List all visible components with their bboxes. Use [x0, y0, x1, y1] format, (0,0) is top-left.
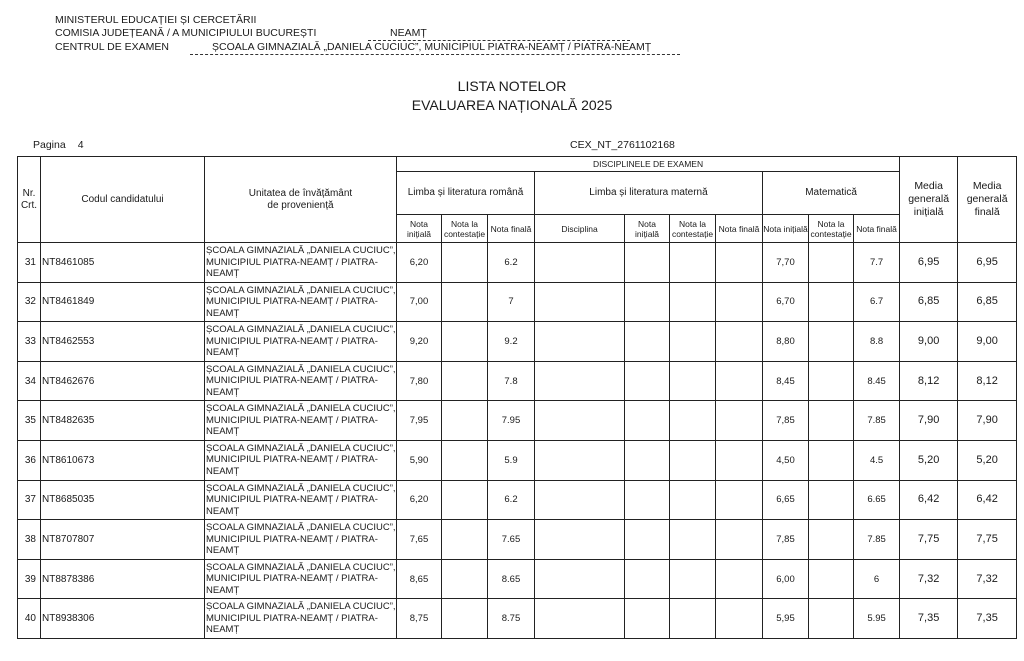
cell-final-average: 6,95	[958, 243, 1017, 283]
cell-row-number: 37	[18, 480, 41, 520]
cell-final-average: 6,85	[958, 282, 1017, 322]
cell-math-initial: 7,85	[763, 401, 809, 441]
table-row: 36NT8610673ȘCOALA GIMNAZIALĂ „DANIELA CU…	[18, 440, 1017, 480]
cell-math-final: 7.85	[854, 401, 900, 441]
cell-candidate-code: NT8685035	[41, 480, 205, 520]
table-row: 39NT8878386ȘCOALA GIMNAZIALĂ „DANIELA CU…	[18, 559, 1017, 599]
header-candidate-code: Codul candidatului	[41, 157, 205, 243]
cell-ro-appeal	[442, 480, 488, 520]
header-mother-tongue: Limba și literatura maternă	[535, 172, 763, 215]
cell-ro-final: 5.9	[488, 440, 535, 480]
cell-mt-discipline	[535, 361, 625, 401]
header-romanian: Limba și literatura română	[397, 172, 535, 215]
cell-ro-appeal	[442, 322, 488, 362]
cell-ro-appeal	[442, 282, 488, 322]
cell-ro-final: 8.75	[488, 599, 535, 639]
cell-initial-average: 9,00	[900, 322, 958, 362]
cell-mt-final	[716, 520, 763, 560]
cell-ro-initial: 5,90	[397, 440, 442, 480]
cell-math-initial: 7,85	[763, 520, 809, 560]
cell-candidate-code: NT8938306	[41, 599, 205, 639]
cell-math-final: 5.95	[854, 599, 900, 639]
cell-mt-final	[716, 282, 763, 322]
header-math-appeal: Nota la contestație	[809, 215, 854, 243]
cell-ro-appeal	[442, 520, 488, 560]
header-exam-disciplines: DISCIPLINELE DE EXAMEN	[397, 157, 900, 172]
header-school-unit: Unitatea de învățământ de proveniență	[205, 157, 397, 243]
document-title: LISTA NOTELOR	[0, 76, 1024, 96]
header-mt-appeal: Nota la contestație	[670, 215, 716, 243]
cell-row-number: 31	[18, 243, 41, 283]
cell-candidate-code: NT8462553	[41, 322, 205, 362]
cell-ro-final: 6.2	[488, 480, 535, 520]
cell-mt-final	[716, 599, 763, 639]
cell-mt-initial	[625, 322, 670, 362]
cell-final-average: 5,20	[958, 440, 1017, 480]
cell-math-appeal	[809, 440, 854, 480]
table-row: 37NT8685035ȘCOALA GIMNAZIALĂ „DANIELA CU…	[18, 480, 1017, 520]
cell-math-appeal	[809, 480, 854, 520]
cell-math-appeal	[809, 243, 854, 283]
table-body: 31NT8461085ȘCOALA GIMNAZIALĂ „DANIELA CU…	[18, 243, 1017, 639]
page-number: 4	[78, 139, 84, 151]
header-ro-initial: Nota inițială	[397, 215, 442, 243]
cell-mt-appeal	[670, 361, 716, 401]
cell-school-unit: ȘCOALA GIMNAZIALĂ „DANIELA CUCIUC”, MUNI…	[205, 559, 397, 599]
document-code: CEX_NT_2761102168	[570, 139, 675, 151]
cell-row-number: 32	[18, 282, 41, 322]
cell-final-average: 7,32	[958, 559, 1017, 599]
header-math-initial: Nota inițială	[763, 215, 809, 243]
cell-school-unit: ȘCOALA GIMNAZIALĂ „DANIELA CUCIUC”, MUNI…	[205, 401, 397, 441]
cell-math-initial: 6,70	[763, 282, 809, 322]
header-mt-final: Nota finală	[716, 215, 763, 243]
header-school-unit-line2: de proveniență	[205, 200, 396, 212]
cell-mt-appeal	[670, 322, 716, 362]
commission-value: NEAMȚ	[368, 27, 630, 41]
table-row: 32NT8461849ȘCOALA GIMNAZIALĂ „DANIELA CU…	[18, 282, 1017, 322]
table-row: 35NT8482635ȘCOALA GIMNAZIALĂ „DANIELA CU…	[18, 401, 1017, 441]
cell-mt-initial	[625, 520, 670, 560]
table-row: 33NT8462553ȘCOALA GIMNAZIALĂ „DANIELA CU…	[18, 322, 1017, 362]
cell-math-initial: 5,95	[763, 599, 809, 639]
cell-row-number: 40	[18, 599, 41, 639]
cell-mt-final	[716, 480, 763, 520]
cell-mt-discipline	[535, 480, 625, 520]
cell-ro-appeal	[442, 243, 488, 283]
cell-mt-appeal	[670, 599, 716, 639]
cell-candidate-code: NT8707807	[41, 520, 205, 560]
cell-initial-average: 7,75	[900, 520, 958, 560]
cell-initial-average: 7,32	[900, 559, 958, 599]
cell-math-appeal	[809, 322, 854, 362]
cell-math-final: 6	[854, 559, 900, 599]
header-math-final: Nota finală	[854, 215, 900, 243]
cell-math-final: 6.65	[854, 480, 900, 520]
cell-mt-final	[716, 559, 763, 599]
cell-final-average: 6,42	[958, 480, 1017, 520]
cell-final-average: 7,75	[958, 520, 1017, 560]
cell-initial-average: 6,42	[900, 480, 958, 520]
cell-math-appeal	[809, 520, 854, 560]
cell-math-final: 7.85	[854, 520, 900, 560]
header-mt-initial: Nota inițială	[625, 215, 670, 243]
ministry-name: MINISTERUL EDUCAȚIEI ȘI CERCETĂRII	[55, 14, 256, 27]
cell-ro-appeal	[442, 559, 488, 599]
header-initial-average: Media generală inițială	[900, 157, 958, 243]
cell-mt-appeal	[670, 243, 716, 283]
cell-row-number: 38	[18, 520, 41, 560]
cell-ro-initial: 7,95	[397, 401, 442, 441]
cell-math-appeal	[809, 401, 854, 441]
cell-mt-discipline	[535, 520, 625, 560]
cell-math-initial: 4,50	[763, 440, 809, 480]
cell-ro-final: 7.95	[488, 401, 535, 441]
cell-mt-discipline	[535, 599, 625, 639]
cell-mt-appeal	[670, 282, 716, 322]
cell-initial-average: 6,85	[900, 282, 958, 322]
cell-school-unit: ȘCOALA GIMNAZIALĂ „DANIELA CUCIUC”, MUNI…	[205, 440, 397, 480]
document-subtitle: EVALUAREA NAȚIONALĂ 2025	[0, 95, 1024, 115]
cell-row-number: 36	[18, 440, 41, 480]
cell-school-unit: ȘCOALA GIMNAZIALĂ „DANIELA CUCIUC”, MUNI…	[205, 243, 397, 283]
table-row: 31NT8461085ȘCOALA GIMNAZIALĂ „DANIELA CU…	[18, 243, 1017, 283]
cell-mt-final	[716, 243, 763, 283]
commission-label: COMISIA JUDEȚEANĂ / A MUNICIPIULUI BUCUR…	[55, 27, 316, 40]
grades-table: Nr. Crt. Codul candidatului Unitatea de …	[17, 156, 1017, 639]
cell-ro-final: 7.65	[488, 520, 535, 560]
cell-mt-initial	[625, 243, 670, 283]
cell-math-final: 4.5	[854, 440, 900, 480]
cell-mt-discipline	[535, 243, 625, 283]
cell-math-final: 8.45	[854, 361, 900, 401]
cell-candidate-code: NT8482635	[41, 401, 205, 441]
cell-mt-discipline	[535, 282, 625, 322]
cell-school-unit: ȘCOALA GIMNAZIALĂ „DANIELA CUCIUC”, MUNI…	[205, 322, 397, 362]
cell-mt-appeal	[670, 440, 716, 480]
cell-mt-initial	[625, 559, 670, 599]
cell-final-average: 7,35	[958, 599, 1017, 639]
cell-candidate-code: NT8878386	[41, 559, 205, 599]
cell-mt-final	[716, 361, 763, 401]
cell-math-appeal	[809, 559, 854, 599]
cell-row-number: 39	[18, 559, 41, 599]
cell-mt-initial	[625, 440, 670, 480]
page-indicator: Pagina4	[33, 139, 84, 151]
cell-ro-appeal	[442, 599, 488, 639]
cell-ro-initial: 8,65	[397, 559, 442, 599]
cell-ro-initial: 8,75	[397, 599, 442, 639]
cell-final-average: 9,00	[958, 322, 1017, 362]
table-row: 40NT8938306ȘCOALA GIMNAZIALĂ „DANIELA CU…	[18, 599, 1017, 639]
exam-center-label: CENTRUL DE EXAMEN	[55, 41, 169, 54]
page-label: Pagina	[33, 139, 66, 151]
cell-ro-appeal	[442, 361, 488, 401]
cell-math-initial: 6,00	[763, 559, 809, 599]
cell-ro-final: 7.8	[488, 361, 535, 401]
cell-ro-final: 8.65	[488, 559, 535, 599]
header-school-unit-line1: Unitatea de învățământ	[205, 188, 396, 200]
cell-mt-appeal	[670, 401, 716, 441]
cell-school-unit: ȘCOALA GIMNAZIALĂ „DANIELA CUCIUC”, MUNI…	[205, 361, 397, 401]
header-ro-appeal: Nota la contestație	[442, 215, 488, 243]
cell-school-unit: ȘCOALA GIMNAZIALĂ „DANIELA CUCIUC”, MUNI…	[205, 480, 397, 520]
cell-mt-final	[716, 322, 763, 362]
cell-ro-initial: 6,20	[397, 480, 442, 520]
cell-ro-initial: 7,80	[397, 361, 442, 401]
cell-mt-initial	[625, 599, 670, 639]
cell-mt-discipline	[535, 401, 625, 441]
cell-math-final: 8.8	[854, 322, 900, 362]
cell-mt-discipline	[535, 322, 625, 362]
cell-math-initial: 7,70	[763, 243, 809, 283]
cell-ro-initial: 9,20	[397, 322, 442, 362]
cell-row-number: 35	[18, 401, 41, 441]
cell-mt-appeal	[670, 480, 716, 520]
cell-initial-average: 6,95	[900, 243, 958, 283]
cell-mt-discipline	[535, 559, 625, 599]
table-row: 38NT8707807ȘCOALA GIMNAZIALĂ „DANIELA CU…	[18, 520, 1017, 560]
cell-final-average: 8,12	[958, 361, 1017, 401]
cell-ro-initial: 7,65	[397, 520, 442, 560]
cell-math-initial: 8,80	[763, 322, 809, 362]
cell-final-average: 7,90	[958, 401, 1017, 441]
cell-ro-final: 6.2	[488, 243, 535, 283]
cell-math-initial: 8,45	[763, 361, 809, 401]
cell-math-appeal	[809, 361, 854, 401]
cell-school-unit: ȘCOALA GIMNAZIALĂ „DANIELA CUCIUC”, MUNI…	[205, 599, 397, 639]
cell-mt-final	[716, 401, 763, 441]
cell-candidate-code: NT8461085	[41, 243, 205, 283]
cell-mt-initial	[625, 480, 670, 520]
cell-mt-discipline	[535, 440, 625, 480]
cell-math-appeal	[809, 599, 854, 639]
header-math: Matematică	[763, 172, 900, 215]
cell-ro-final: 7	[488, 282, 535, 322]
cell-initial-average: 7,90	[900, 401, 958, 441]
cell-math-final: 6.7	[854, 282, 900, 322]
header-final-average: Media generală finală	[958, 157, 1017, 243]
exam-center-value: ȘCOALA GIMNAZIALĂ „DANIELA CUCIUC”, MUNI…	[190, 41, 680, 55]
cell-ro-initial: 7,00	[397, 282, 442, 322]
header-mt-discipline: Disciplina	[535, 215, 625, 243]
cell-initial-average: 5,20	[900, 440, 958, 480]
cell-math-final: 7.7	[854, 243, 900, 283]
cell-mt-final	[716, 440, 763, 480]
cell-math-appeal	[809, 282, 854, 322]
header-ro-final: Nota finală	[488, 215, 535, 243]
cell-math-initial: 6,65	[763, 480, 809, 520]
cell-ro-appeal	[442, 440, 488, 480]
cell-ro-initial: 6,20	[397, 243, 442, 283]
cell-mt-initial	[625, 282, 670, 322]
cell-row-number: 33	[18, 322, 41, 362]
cell-ro-final: 9.2	[488, 322, 535, 362]
cell-mt-appeal	[670, 559, 716, 599]
header-nr-crt: Nr. Crt.	[18, 157, 41, 243]
table-row: 34NT8462676ȘCOALA GIMNAZIALĂ „DANIELA CU…	[18, 361, 1017, 401]
cell-candidate-code: NT8461849	[41, 282, 205, 322]
cell-mt-appeal	[670, 520, 716, 560]
cell-row-number: 34	[18, 361, 41, 401]
cell-mt-initial	[625, 401, 670, 441]
cell-initial-average: 8,12	[900, 361, 958, 401]
cell-candidate-code: NT8610673	[41, 440, 205, 480]
cell-initial-average: 7,35	[900, 599, 958, 639]
cell-candidate-code: NT8462676	[41, 361, 205, 401]
cell-school-unit: ȘCOALA GIMNAZIALĂ „DANIELA CUCIUC”, MUNI…	[205, 520, 397, 560]
cell-mt-initial	[625, 361, 670, 401]
cell-ro-appeal	[442, 401, 488, 441]
cell-school-unit: ȘCOALA GIMNAZIALĂ „DANIELA CUCIUC”, MUNI…	[205, 282, 397, 322]
